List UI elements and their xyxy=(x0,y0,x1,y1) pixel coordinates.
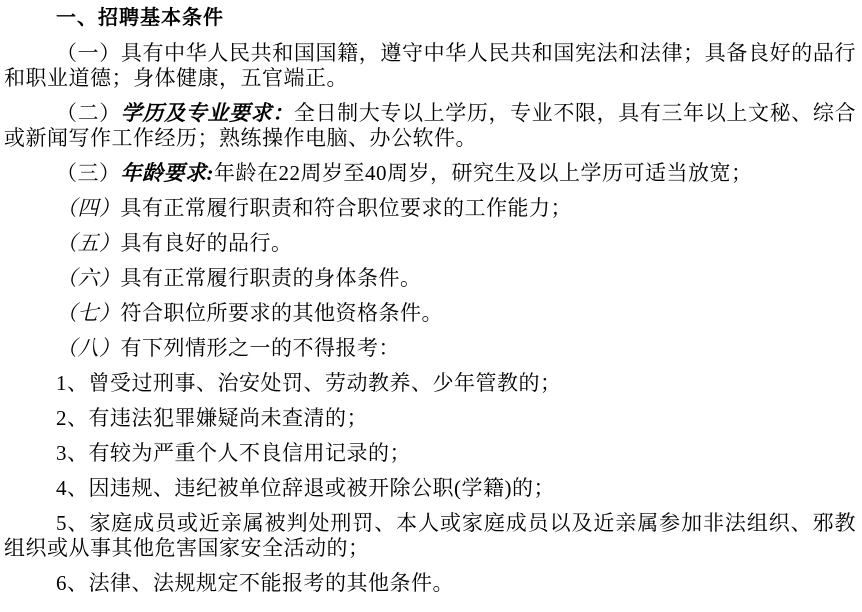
paragraph: （一）具有中华人民共和国国籍，遵守中华人民共和国宪法和法律；具备良好的品行和职业… xyxy=(4,41,856,91)
paragraph: 4、因违规、违纪被单位辞退或被开除公职(学籍)的； xyxy=(4,476,856,501)
paragraph-text: 有违法犯罪嫌疑尚未查清的； xyxy=(89,406,369,430)
paragraph-text: 家庭成员或近亲属被判处刑罚、本人或家庭成员以及近亲属参加非法组织、邪教组织或从事… xyxy=(4,511,856,560)
paragraph-marker: 5、 xyxy=(56,511,89,535)
document-body: （一）具有中华人民共和国国籍，遵守中华人民共和国宪法和法律；具备良好的品行和职业… xyxy=(4,41,856,596)
paragraph-text: 具有中华人民共和国国籍，遵守中华人民共和国宪法和法律；具备良好的品行和职业道德；… xyxy=(4,41,856,90)
paragraph-marker: （二） xyxy=(56,101,121,125)
paragraph-text: 有较为严重个人不良信用记录的； xyxy=(89,441,412,465)
paragraph-marker: （一） xyxy=(56,41,121,65)
paragraph-label: 学历及专业要求： xyxy=(121,101,294,125)
paragraph: （五）具有良好的品行。 xyxy=(4,231,856,256)
paragraph: （四）具有正常履行职责和符合职位要求的工作能力； xyxy=(4,196,856,221)
paragraph-text: 有下列情形之一的不得报考： xyxy=(121,336,401,360)
paragraph-text: 具有良好的品行。 xyxy=(121,231,293,255)
paragraph-marker: 6、 xyxy=(56,571,89,595)
paragraph: 5、家庭成员或近亲属被判处刑罚、本人或家庭成员以及近亲属参加非法组织、邪教组织或… xyxy=(4,511,856,561)
document-page: 一、招聘基本条件 （一）具有中华人民共和国国籍，遵守中华人民共和国宪法和法律；具… xyxy=(0,0,862,612)
paragraph-marker: 1、 xyxy=(56,371,89,395)
paragraph-marker: （七） xyxy=(56,301,121,325)
paragraph-text: 具有正常履行职责的身体条件。 xyxy=(121,266,422,290)
paragraph-marker: 2、 xyxy=(56,406,89,430)
paragraph-label: 年龄要求: xyxy=(121,161,215,185)
paragraph: 6、法律、法规规定不能报考的其他条件。 xyxy=(4,571,856,596)
paragraph-marker: （四） xyxy=(56,196,121,220)
paragraph-marker: （八） xyxy=(56,336,121,360)
paragraph: （六）具有正常履行职责的身体条件。 xyxy=(4,266,856,291)
paragraph-text: 年龄在22周岁至40周岁，研究生及以上学历可适当放宽； xyxy=(214,161,753,185)
paragraph-text: 符合职位所要求的其他资格条件。 xyxy=(121,301,444,325)
paragraph: 2、有违法犯罪嫌疑尚未查清的； xyxy=(4,406,856,431)
paragraph-text: 因违规、违纪被单位辞退或被开除公职(学籍)的； xyxy=(89,476,556,500)
paragraph-text: 曾受过刑事、治安处罚、劳动教养、少年管教的； xyxy=(89,371,562,395)
paragraph-marker: （三） xyxy=(56,161,121,185)
paragraph: （三）年龄要求:年龄在22周岁至40周岁，研究生及以上学历可适当放宽； xyxy=(4,161,856,186)
paragraph-marker: （五） xyxy=(56,231,121,255)
paragraph-text: 法律、法规规定不能报考的其他条件。 xyxy=(89,571,455,595)
paragraph: （二）学历及专业要求：全日制大专以上学历，专业不限，具有三年以上文秘、综合或新闻… xyxy=(4,101,856,151)
paragraph: 1、曾受过刑事、治安处罚、劳动教养、少年管教的； xyxy=(4,371,856,396)
document-heading: 一、招聘基本条件 xyxy=(4,6,856,31)
paragraph-marker: （六） xyxy=(56,266,121,290)
paragraph-marker: 4、 xyxy=(56,476,89,500)
paragraph-text: 具有正常履行职责和符合职位要求的工作能力； xyxy=(121,196,573,220)
paragraph: （七）符合职位所要求的其他资格条件。 xyxy=(4,301,856,326)
paragraph: 3、有较为严重个人不良信用记录的； xyxy=(4,441,856,466)
paragraph: （八）有下列情形之一的不得报考： xyxy=(4,336,856,361)
paragraph-marker: 3、 xyxy=(56,441,89,465)
